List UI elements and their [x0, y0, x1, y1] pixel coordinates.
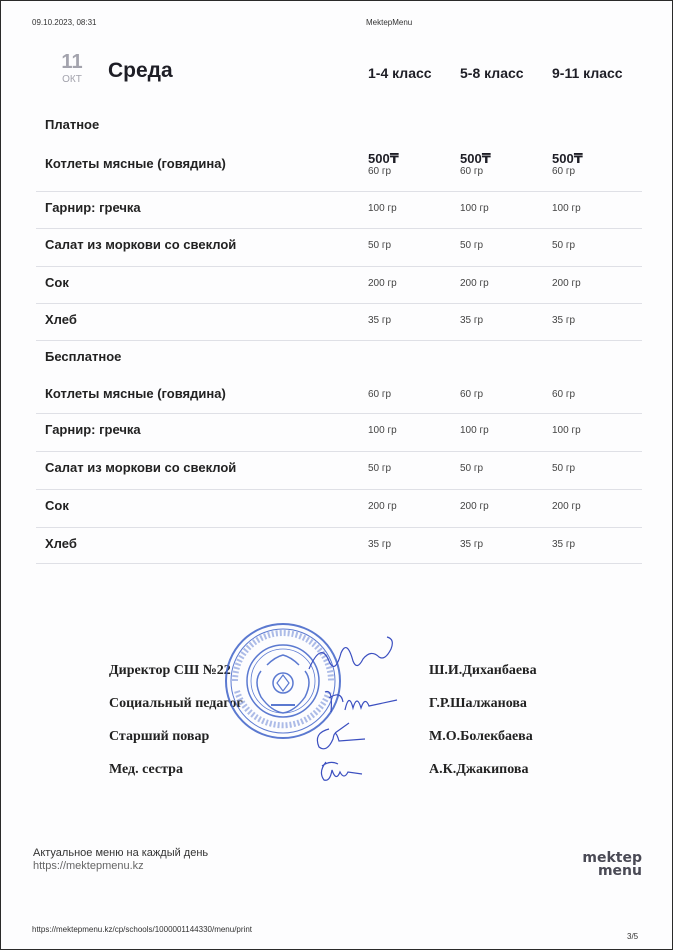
dish-name: Гарнир: гречка [45, 422, 141, 437]
mektepmenu-logo: mektep menu [582, 852, 642, 878]
portion-cell: 100 гр [552, 203, 581, 215]
portion-weight: 35 гр [368, 539, 391, 551]
printed-page: 09.10.2023, 08:31 MektepMenu 11 ОКТ Сред… [0, 0, 673, 950]
menu-row: Салат из моркови со свеклой50 гр50 гр50 … [36, 229, 642, 267]
signatory-name: Ш.И.Диханбаева [429, 663, 537, 679]
portion-cell: 500₸60 гр [460, 152, 491, 178]
menu-row: Салат из моркови со свеклой50 гр50 гр50 … [36, 452, 642, 490]
portion-weight: 100 гр [460, 203, 489, 215]
page-number: 3/5 [627, 932, 638, 941]
portion-weight: 35 гр [552, 539, 575, 551]
menu-row: Гарнир: гречка100 гр100 гр100 гр [36, 192, 642, 229]
footer-website-link[interactable]: https://mektepmenu.kz [33, 860, 144, 872]
portion-weight: 50 гр [368, 240, 391, 252]
footer-tagline: Актуальное меню на каждый день [33, 847, 208, 859]
dish-name: Котлеты мясные (говядина) [45, 156, 226, 171]
portion-weight: 100 гр [552, 203, 581, 215]
dish-name: Салат из моркови со свеклой [45, 237, 236, 252]
menu-row: Хлеб35 гр35 гр35 гр [36, 304, 642, 341]
menu-row: Гарнир: гречка100 гр100 гр100 гр [36, 414, 642, 452]
portion-weight: 200 гр [460, 501, 489, 513]
day-number: 11 [57, 51, 87, 73]
portion-weight: 200 гр [460, 278, 489, 290]
portion-weight: 50 гр [460, 240, 483, 252]
portion-cell: 50 гр [460, 240, 483, 252]
portion-cell: 200 гр [460, 278, 489, 290]
dish-name: Сок [45, 275, 69, 290]
signatory-role: Директор СШ №22 [109, 663, 231, 679]
portion-weight: 100 гр [460, 425, 489, 437]
dish-name: Хлеб [45, 536, 77, 551]
print-datetime: 09.10.2023, 08:31 [32, 18, 97, 27]
portion-cell: 35 гр [460, 315, 483, 327]
logo-line-2: menu [582, 865, 642, 878]
portion-cell: 35 гр [368, 539, 391, 551]
day-month: ОКТ [57, 74, 87, 85]
signature-nurse-icon [316, 756, 366, 786]
portion-weight: 200 гр [368, 278, 397, 290]
column-header-9-11: 9-11 класс [552, 65, 623, 81]
portion-weight: 60 гр [368, 166, 399, 178]
portion-weight: 100 гр [552, 425, 581, 437]
menu-row: Котлеты мясные (говядина)60 гр60 гр60 гр [36, 378, 642, 414]
menu-row: Хлеб35 гр35 гр35 гр [36, 528, 642, 564]
dish-name: Салат из моркови со свеклой [45, 460, 236, 475]
portion-cell: 500₸60 гр [368, 152, 399, 178]
column-header-1-4: 1-4 класс [368, 65, 432, 81]
portion-weight: 100 гр [368, 203, 397, 215]
portion-cell: 60 гр [368, 389, 391, 401]
portion-cell: 35 гр [460, 539, 483, 551]
portion-cell: 200 гр [552, 278, 581, 290]
portion-weight: 60 гр [460, 166, 491, 178]
section-title: Бесплатное [45, 349, 121, 364]
signature-director-icon [301, 631, 401, 681]
portion-cell: 100 гр [552, 425, 581, 437]
section-title: Платное [45, 117, 99, 132]
portion-cell: 100 гр [460, 203, 489, 215]
portion-weight: 60 гр [460, 389, 483, 401]
print-site-title: MektepMenu [366, 18, 412, 27]
dish-name: Сок [45, 498, 69, 513]
dish-name: Хлеб [45, 312, 77, 327]
portion-cell: 35 гр [368, 315, 391, 327]
portion-cell: 200 гр [460, 501, 489, 513]
portion-weight: 50 гр [460, 463, 483, 475]
portion-weight: 50 гр [368, 463, 391, 475]
portion-cell: 50 гр [368, 463, 391, 475]
portion-weight: 35 гр [552, 315, 575, 327]
portion-cell: 60 гр [460, 389, 483, 401]
price: 500₸ [460, 152, 491, 166]
portion-cell: 100 гр [460, 425, 489, 437]
dish-name: Гарнир: гречка [45, 200, 141, 215]
weekday-title: Среда [108, 59, 173, 83]
portion-weight: 50 гр [552, 463, 575, 475]
portion-cell: 50 гр [552, 463, 575, 475]
portion-weight: 35 гр [368, 315, 391, 327]
signature-head-cook-icon [309, 719, 369, 754]
portion-cell: 35 гр [552, 315, 575, 327]
menu-row: Сок200 гр200 гр200 гр [36, 490, 642, 528]
portion-cell: 200 гр [368, 501, 397, 513]
print-url: https://mektepmenu.kz/cp/schools/1000001… [32, 925, 252, 934]
portion-cell: 50 гр [460, 463, 483, 475]
signatory-name: М.О.Болекбаева [429, 729, 533, 745]
signature-social-pedagogue-icon [319, 684, 399, 719]
portion-weight: 35 гр [460, 539, 483, 551]
portion-cell: 200 гр [552, 501, 581, 513]
column-header-5-8: 5-8 класс [460, 65, 524, 81]
portion-weight: 200 гр [552, 501, 581, 513]
portion-weight: 60 гр [368, 389, 391, 401]
portion-cell: 60 гр [552, 389, 575, 401]
signatory-role: Старший повар [109, 729, 209, 745]
portion-cell: 35 гр [552, 539, 575, 551]
portion-weight: 100 гр [368, 425, 397, 437]
portion-cell: 500₸60 гр [552, 152, 583, 178]
portion-cell: 200 гр [368, 278, 397, 290]
portion-cell: 50 гр [368, 240, 391, 252]
portion-weight: 200 гр [368, 501, 397, 513]
signatory-name: Г.Р.Шалжанова [429, 696, 527, 712]
portion-weight: 60 гр [552, 389, 575, 401]
menu-row: Сок200 гр200 гр200 гр [36, 267, 642, 304]
signatory-name: А.К.Джакипова [429, 762, 528, 778]
portion-weight: 200 гр [552, 278, 581, 290]
portion-cell: 100 гр [368, 425, 397, 437]
portion-cell: 100 гр [368, 203, 397, 215]
portion-weight: 50 гр [552, 240, 575, 252]
menu-row: Котлеты мясные (говядина)500₸60 гр500₸60… [36, 139, 642, 192]
portion-weight: 60 гр [552, 166, 583, 178]
price: 500₸ [368, 152, 399, 166]
portion-cell: 50 гр [552, 240, 575, 252]
portion-weight: 35 гр [460, 315, 483, 327]
signatory-role: Мед. сестра [109, 762, 183, 778]
dish-name: Котлеты мясные (говядина) [45, 386, 226, 401]
price: 500₸ [552, 152, 583, 166]
